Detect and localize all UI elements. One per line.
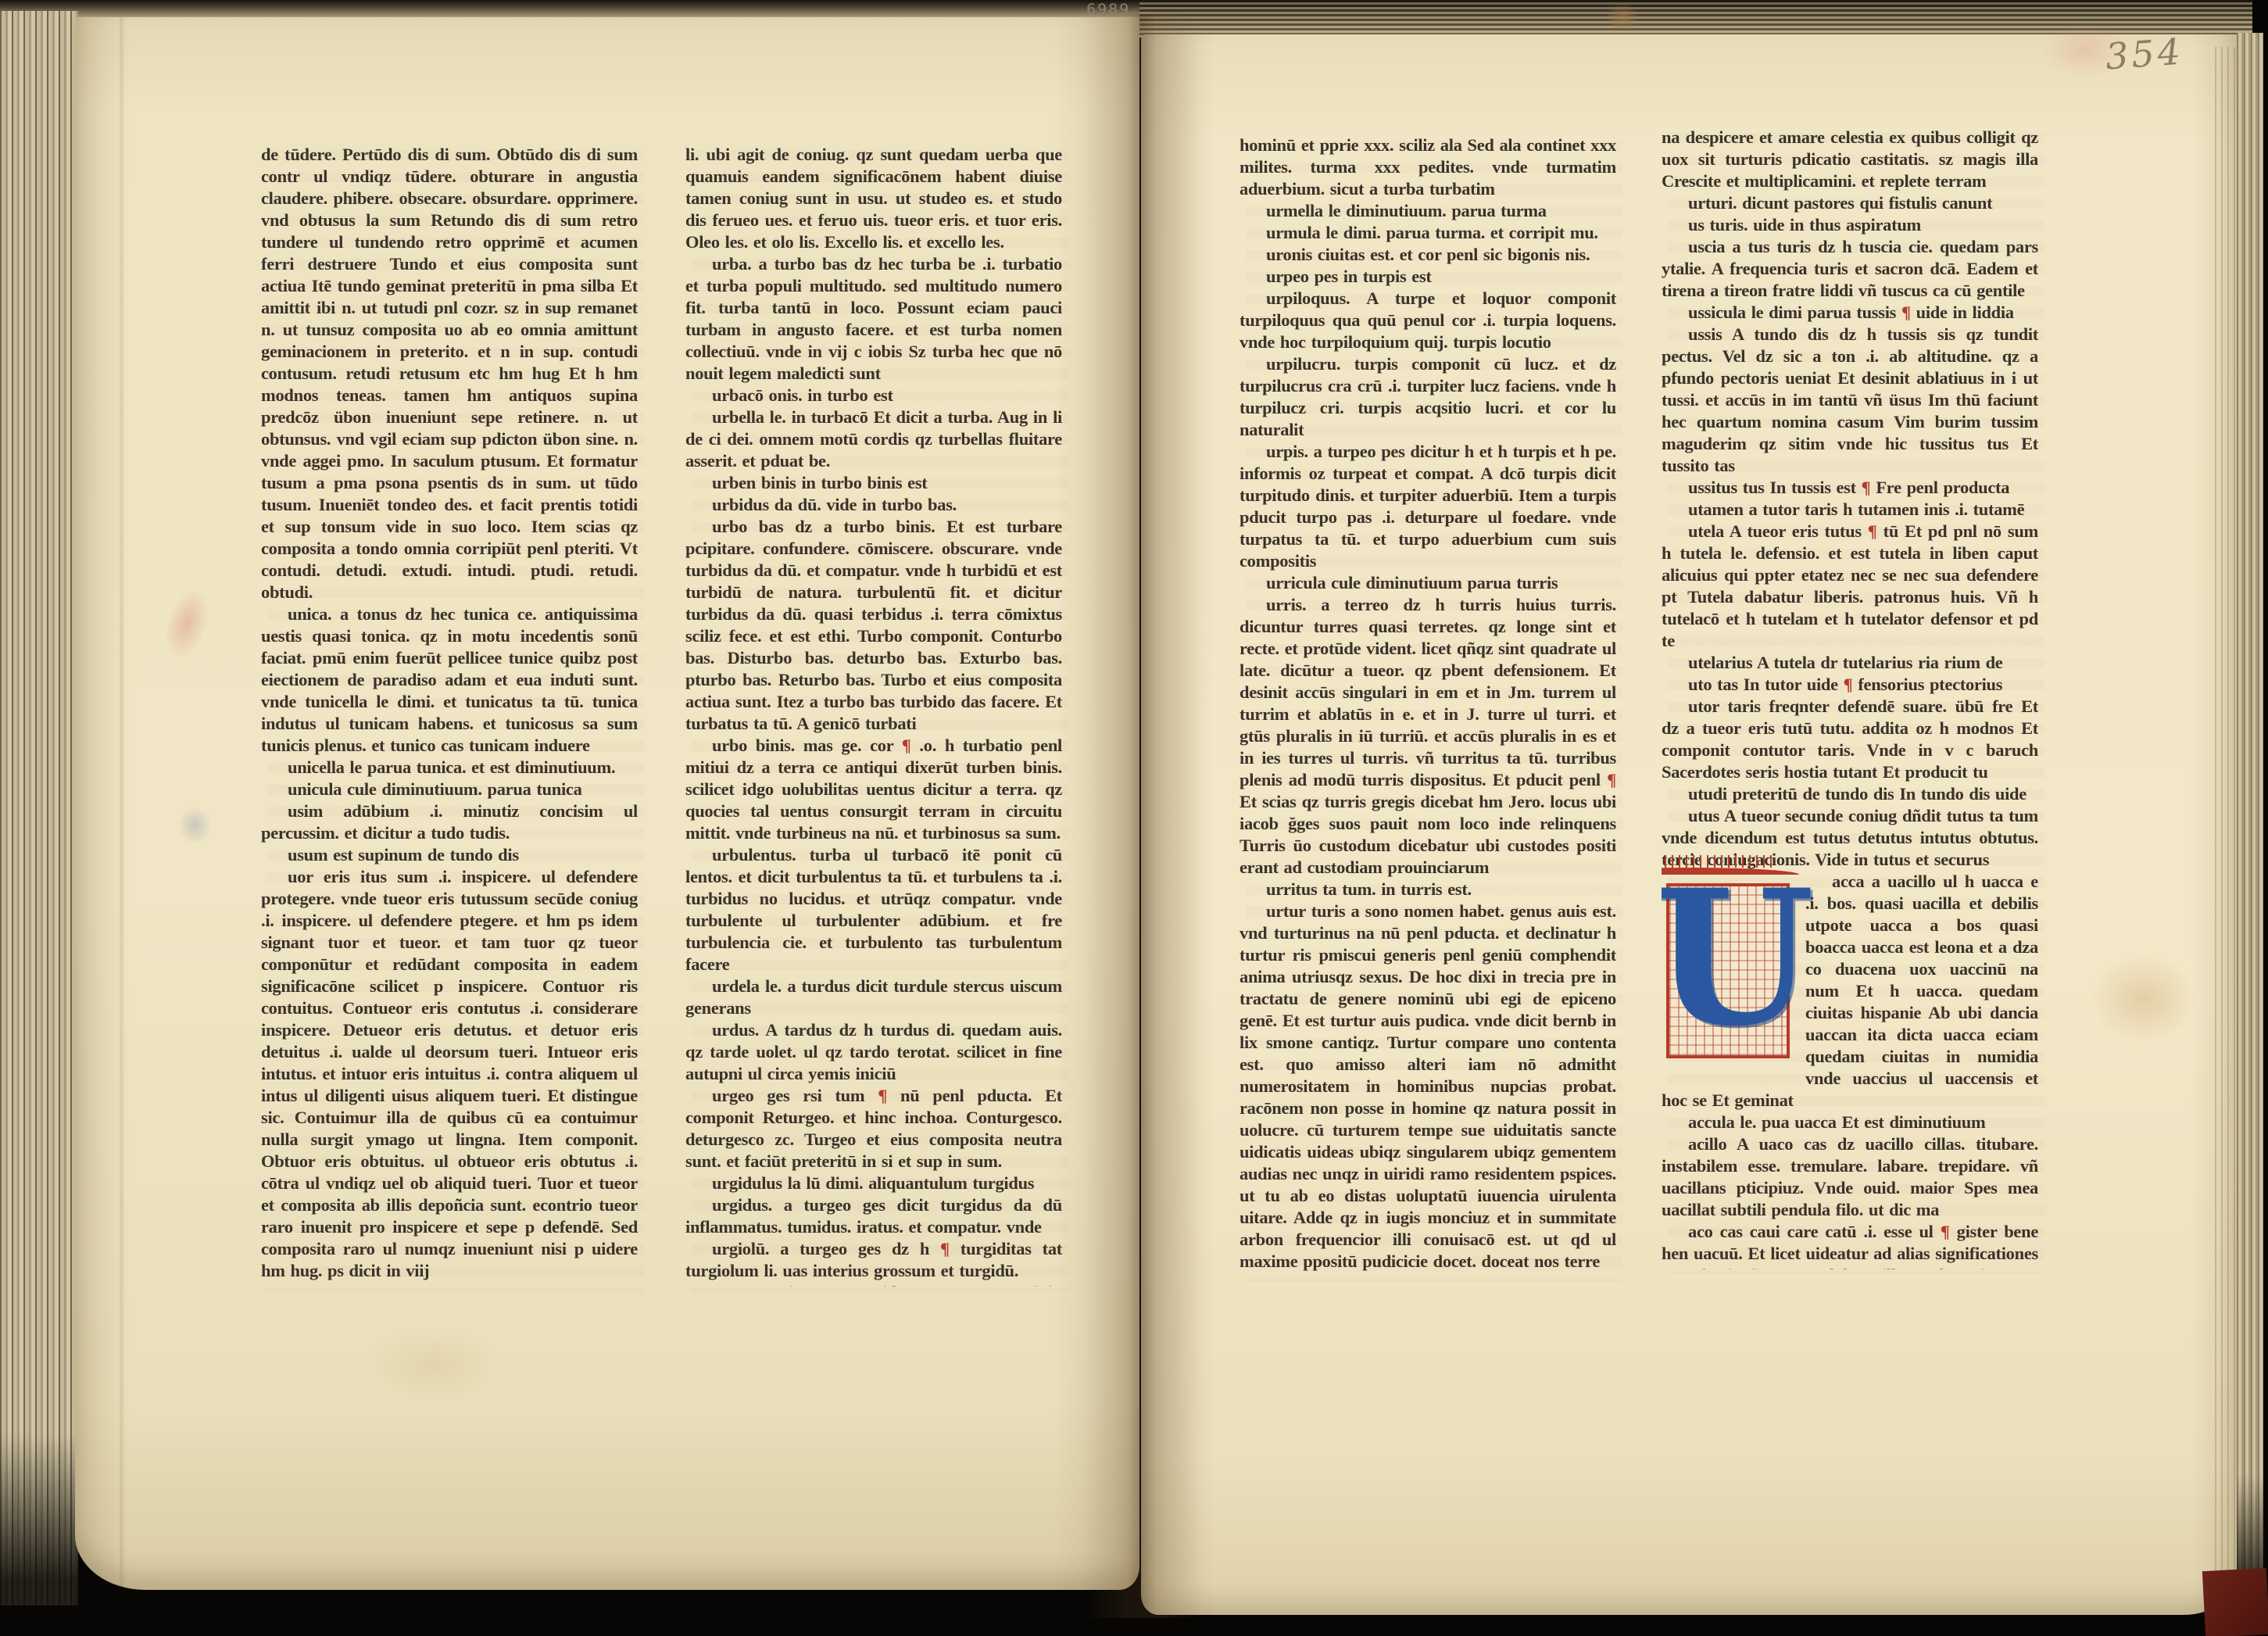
entry-text: urgidulus la lū dimi. aliquantulum turgi… xyxy=(712,1173,1034,1193)
entry-text: na despicere et amare celestia ex quibus… xyxy=(1662,127,2038,191)
entry-text: de tūdere. Pertūdo dis di sum. Obtūdo di… xyxy=(261,145,638,602)
entry-turgidus: Turgidus. a turgeo ges dicit turgidus da… xyxy=(685,1194,1062,1238)
pilcrow-mark: ¶ xyxy=(940,1239,950,1258)
entry-text: usim adūbium .i. minutiz concisim ul per… xyxy=(261,801,638,843)
entry-turpis: Turpis. a turpeo pes dicitur h et h turp… xyxy=(1240,441,1616,572)
entry-text: ussis A tundo dis dz h tussis sis qz tun… xyxy=(1662,324,2038,475)
entry-turbacio: Turbacō onis. in turbo est xyxy=(685,385,1062,406)
entry-text: uor eris itus sum .i. inspicere. ul defe… xyxy=(261,867,638,1280)
entry-turbo-bas: Turbo bas dz a turbo binis. Et est turba… xyxy=(685,516,1062,735)
fore-edge-lines xyxy=(2210,47,2237,1595)
entry-continuation: de tūdere. Pertūdo dis di sum. Obtūdo di… xyxy=(261,144,638,603)
left-page-stack-edge xyxy=(0,11,78,1606)
entry-text: ussicula le dimi parua tussis ¶ uide in … xyxy=(1688,302,2014,322)
entry-text: urgidus. a turgeo ges dicit turgidus da … xyxy=(685,1195,1062,1237)
entry-turba: Turba. a turbo bas dz hec turba be .i. t… xyxy=(685,253,1062,385)
entry-continuation: hominū et pprie xxx. sciliz ala Sed ala … xyxy=(1240,134,1616,200)
entry-text: uto tas In tutor uide ¶ fensorius ptecto… xyxy=(1688,675,2002,694)
entry-text: unicula cule diminutiuum. parua tunica xyxy=(288,779,582,799)
entry-text: urbidus da dū. vide in turbo bas. xyxy=(712,495,957,514)
entry-turbo-binis: Turbo binis. mas ge. cor ¶ .o. h turbati… xyxy=(685,735,1062,844)
text-column-2: li. ubi agit de coniug. qz sunt quedam u… xyxy=(685,144,1062,1287)
entry-turturi: Turturi. dicunt pastores qui fistulis ca… xyxy=(1662,192,2038,214)
entry-turgor: Turgor goris mas ge. id ē tumor ¶ corrip… xyxy=(685,1282,1062,1287)
entry-text: urbacō onis. in turbo est xyxy=(712,385,893,405)
entry-turmella: Turmella le diminutiuum. parua turma xyxy=(1240,200,1616,222)
entry-text: urdela le. a turdus dicit turdule stercu… xyxy=(685,976,1062,1018)
entry-turgidulus: Turgidulus la lū dimi. aliquantulum turg… xyxy=(685,1172,1062,1194)
entry-text: urbo bas dz a turbo binis. Et est turbar… xyxy=(685,517,1062,733)
entry-text: urbo binis. mas ge. cor ¶ .o. h turbatio… xyxy=(685,736,1062,843)
entry-text: hominū et pprie xxx. sciliz ala Sed ala … xyxy=(1240,135,1616,199)
folio-number: 354 xyxy=(2104,30,2184,78)
gutter-shadow xyxy=(1083,14,1200,1618)
entry-vacillo: Vacillo A uaco cas dz uacillo cillas. ti… xyxy=(1662,1133,2038,1221)
entry-text: usum est supinum de tundo dis xyxy=(288,845,519,865)
entry-text: unica. a tonus dz hec tunica ce. antiqui… xyxy=(261,604,638,755)
entry-vaccula: Vaccula le. pua uacca Et est diminutiuum xyxy=(1662,1112,2038,1133)
text-column-4: na despicere et amare celestia ex quibus… xyxy=(1662,127,2038,1269)
entry-text: ussitus tus In tussis est ¶ Fre penl pro… xyxy=(1688,478,2009,497)
entry-text: utelarius A tutela dr tutelarius ria riu… xyxy=(1688,653,2003,672)
entry-text: acillo A uaco cas dz uacillo cillas. tit… xyxy=(1662,1134,2038,1219)
entry-text: accula le. pua uacca Et est diminutiuum xyxy=(1688,1112,1985,1132)
pilcrow-mark: ¶ xyxy=(878,1086,887,1105)
entry-turris: Turris. a terreo dz h turris huius turri… xyxy=(1240,594,1616,879)
entry-turbidus: Turbidus da dū. vide in turbo bas. xyxy=(685,494,1062,516)
entry-turtur: Turtur turis a sono nomen habet. genus a… xyxy=(1240,900,1616,1273)
illuminated-initial-U: U xyxy=(1662,875,1793,1072)
entry-text: urba. a turbo bas dz hec turba be .i. tu… xyxy=(685,254,1062,383)
entry-turdela: Turdela le. a turdus dicit turdule sterc… xyxy=(685,976,1062,1019)
entry-text: urmella le diminutiuum. parua turma xyxy=(1266,201,1547,220)
entry-tutamen: Tutamen a tutor taris h tutamen inis .i.… xyxy=(1662,499,2038,521)
entry-text: utela A tueor eris tutus ¶ tū Et pd pnl … xyxy=(1662,521,2038,650)
text-column-1: de tūdere. Pertūdo dis di sum. Obtūdo di… xyxy=(261,144,638,1287)
entry-vacca: Uacca a uacillo ul h uacca e .i. bos. qu… xyxy=(1662,871,2038,1112)
entry-continuation: na despicere et amare celestia ex quibus… xyxy=(1662,127,2038,192)
entry-text: urdus. A tardus dz h turdus di. quedam a… xyxy=(685,1020,1062,1083)
entry-continuation: li. ubi agit de coniug. qz sunt quedam u… xyxy=(685,144,1062,253)
pilcrow-mark: ¶ xyxy=(1862,478,1871,497)
entry-text: urturi. dicunt pastores qui fistulis can… xyxy=(1688,193,1992,213)
entry-turdus: Turdus. A tardus dz h turdus di. quedam … xyxy=(685,1019,1062,1085)
entry-turritus: Turritus ta tum. in turris est. xyxy=(1240,879,1616,900)
entry-text: urmula le dimi. parua turma. et corripit… xyxy=(1266,223,1598,242)
pilcrow-mark: ¶ xyxy=(1868,521,1877,541)
entry-tussicula: Tussicula le dimi parua tussis ¶ uide in… xyxy=(1662,302,2038,324)
entry-text: utamen a tutor taris h tutamen inis .i. … xyxy=(1688,499,2024,519)
entry-tuto: Tuto tas In tutor uide ¶ fensorius ptect… xyxy=(1662,674,2038,696)
entry-turgiolum: Turgiolū. a turgeo ges dz h ¶ turgiditas… xyxy=(685,1238,1062,1282)
pilcrow-mark: ¶ xyxy=(1901,302,1911,322)
pilcrow-mark: ¶ xyxy=(1607,770,1616,789)
entry-turmula: Turmula le dimi. parua turma. et corripi… xyxy=(1240,222,1616,244)
entry-turbulentus: Turbulentus. turba ul turbacō itē ponit … xyxy=(685,844,1062,976)
entry-text: utudi preteritū de tundo dis In tundo di… xyxy=(1688,784,2027,804)
entry-text: urpilucru. turpis componit cū lucz. et d… xyxy=(1240,354,1616,439)
entry-tunicella: Tunicella le parua tunica. et est diminu… xyxy=(261,757,638,779)
entry-tusim: Tusim adūbium .i. minutiz concisim ul pe… xyxy=(261,800,638,844)
entry-tussitus: Tussitus tus In tussis est ¶ Fre penl pr… xyxy=(1662,477,2038,499)
pilcrow-mark: ¶ xyxy=(902,736,911,755)
entry-turbella: Turbella le. in turbacō Et dicit a turba… xyxy=(685,406,1062,472)
text-column-3: hominū et pprie xxx. sciliz ala Sed ala … xyxy=(1240,134,1616,1277)
entry-vaco: Vaco cas caui care catū .i. esse ul ¶ gi… xyxy=(1662,1221,2038,1269)
entry-text: urpis. a turpeo pes dicitur h et h turpi… xyxy=(1240,442,1616,571)
entry-text: urgeo ges rsi tum ¶ nū penl pducta. Et c… xyxy=(685,1086,1062,1171)
entry-tus: Tus turis. uide in thus aspiratum xyxy=(1662,214,2038,236)
entry-turpilucrum: Turpilucru. turpis componit cū lucz. et … xyxy=(1240,353,1616,441)
entry-text: uscia a tus turis dz h tuscia cie. queda… xyxy=(1662,237,2038,300)
entry-tutelarius: Tutelarius A tutela dr tutelarius ria ri… xyxy=(1662,652,2038,674)
entry-tunica: Tunica. a tonus dz hec tunica ce. antiqu… xyxy=(261,603,638,757)
initial-letter: U xyxy=(1662,861,1814,1057)
entry-turonis: Turonis ciuitas est. et cor penl sic big… xyxy=(1240,244,1616,266)
entry-tutela: Tutela A tueor eris tutus ¶ tū Et pd pnl… xyxy=(1662,521,2038,652)
entry-turpiloquus: Turpiloquus. A turpe et loquor componit … xyxy=(1240,288,1616,353)
entry-tusum: Tusum est supinum de tundo dis xyxy=(261,844,638,866)
pilcrow-mark: ¶ xyxy=(1941,1222,1950,1241)
binding-corner xyxy=(2202,1568,2268,1636)
pilcrow-mark: ¶ xyxy=(1844,675,1853,694)
entry-text: us turis. uide in thus aspiratum xyxy=(1688,215,1921,234)
entry-text: urbulentus. turba ul turbacō itē ponit c… xyxy=(685,845,1062,974)
top-page-edges-right xyxy=(1139,0,2252,38)
entry-text: unicella le parua tunica. et est diminut… xyxy=(288,757,615,777)
entry-text: uronis ciuitas est. et cor penl sic bigo… xyxy=(1266,245,1590,264)
entry-text: utor taris freqnter defendē suare. übū f… xyxy=(1662,696,2038,782)
entry-text: urgor goris mas ge. id ē tumor ¶ corripi… xyxy=(685,1283,1062,1287)
entry-text: urpeo pes in turpis est xyxy=(1266,267,1432,286)
entry-text: urris. a terreo dz h turris huius turris… xyxy=(1240,595,1616,877)
entry-tutor: Tutor taris freqnter defendē suare. übū … xyxy=(1662,696,2038,783)
entry-tussis: Tussis A tundo dis dz h tussis sis qz tu… xyxy=(1662,324,2038,477)
book-scan: { "folio_number": "354", "shelf_stamp": … xyxy=(0,0,2268,1636)
entry-text: urben binis in turbo binis est xyxy=(712,473,927,492)
entry-text: urtur turis a sono nomen habet. genus au… xyxy=(1240,901,1616,1271)
pilcrow-mark: ¶ xyxy=(982,1283,992,1287)
shelf-stamp: 6989 xyxy=(1086,1,1130,18)
entry-text: aco cas caui care catū .i. esse ul ¶ gis… xyxy=(1662,1222,2038,1269)
entry-text: urpiloquus. A turpe et loquor componit t… xyxy=(1240,288,1616,352)
entry-turpeo: Turpeo pes in turpis est xyxy=(1240,266,1616,288)
entry-turben: Turben binis in turbo binis est xyxy=(685,472,1062,494)
entry-tutudi: Tutudi preteritū de tundo dis In tundo d… xyxy=(1662,783,2038,805)
entry-text: urgiolū. a turgeo ges dz h ¶ turgiditas … xyxy=(685,1239,1062,1280)
entry-tuor: Tuor eris itus sum .i. inspicere. ul def… xyxy=(261,866,638,1282)
entry-text: li. ubi agit de coniug. qz sunt quedam u… xyxy=(685,145,1062,252)
entry-text: urricula cule diminutiuum parua turris xyxy=(1266,573,1558,592)
entry-tuscia: Tuscia a tus turis dz h tuscia cie. qued… xyxy=(1662,236,2038,302)
entry-text: urritus ta tum. in turris est. xyxy=(1266,879,1472,899)
fore-edge-stack xyxy=(2237,33,2263,1599)
entry-tunicula: Tunicula cule diminutiuum. parua tunica xyxy=(261,779,638,800)
entry-turricula: Turricula cule diminutiuum parua turris xyxy=(1240,572,1616,594)
entry-text: urbella le. in turbacō Et dicit a turba.… xyxy=(685,407,1062,471)
entry-turgeo: Turgeo ges rsi tum ¶ nū penl pducta. Et … xyxy=(685,1085,1062,1172)
